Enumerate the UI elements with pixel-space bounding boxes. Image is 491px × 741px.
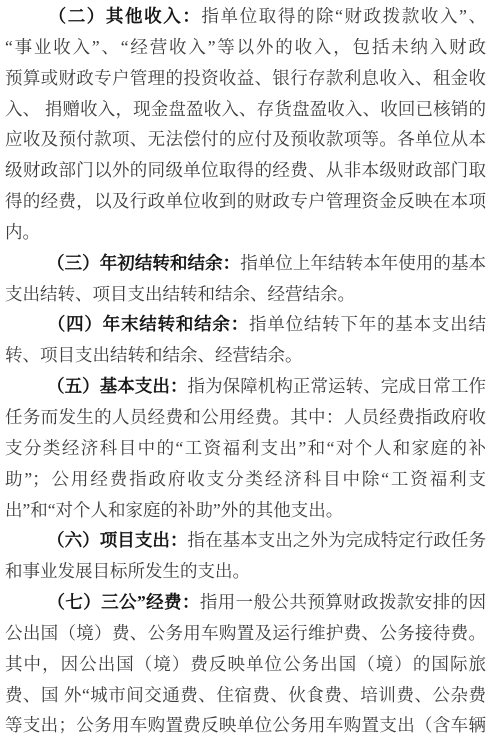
paragraph-text: 等支出；公务用车购置费反映单位公务用车购置支出（含车辆 (5, 715, 486, 735)
text-line: 等支出；公务用车购置费反映单位公务用车购置支出（含车辆 (5, 710, 486, 741)
paragraph-heading: （三）年初结转和结余： (47, 253, 240, 273)
paragraph-text: 内。 (5, 222, 40, 242)
paragraph-indent (5, 268, 47, 269)
text-line: （三）年初结转和结余：指单位上年结转本年使用的基本 (5, 248, 486, 279)
paragraph-heading: （六）项目支出： (47, 530, 188, 550)
text-line: 支分类经济科目中的“工资福利支出”和“对个人和家庭的补 (5, 433, 486, 464)
text-line: （二）其他收入：指单位取得的除“财政拨款收入”、 (5, 1, 486, 32)
paragraph-text: 级财政部门以外的同级单位取得的经费、从非本级财政部门取 (5, 160, 486, 180)
text-line: （四）年末结转和结余：指单位结转下年的基本支出结 (5, 309, 486, 340)
paragraph-heading: （五）基本支出： (47, 376, 188, 396)
paragraph-text: 公出国（境）费、公务用车购置及运行维护费、公务接待费。 (5, 623, 486, 643)
paragraph-text: 支出结转、项目支出结转和结余、经营结余。 (5, 284, 355, 304)
paragraph-indent (5, 329, 47, 330)
text-line: 出”和“对个人和家庭的补助”外的其他支出。 (5, 495, 486, 526)
paragraph-text: 指用一般公共预算财政拨款安排的因 (200, 592, 486, 612)
paragraph-text: 助”；公用经费指政府收支分类经济科目中除“工资福利支 (5, 469, 486, 489)
paragraph-text: 出”和“对个人和家庭的补助”外的其他支出。 (5, 500, 343, 520)
text-line: 级财政部门以外的同级单位取得的经费、从非本级财政部门取 (5, 155, 486, 186)
paragraph-heading: （二）其他收入： (47, 6, 201, 26)
paragraph-text: 指单位上年结转本年使用的基本 (240, 253, 486, 273)
text-line: （五）基本支出：指为保障机构正常运转、完成日常工作 (5, 371, 486, 402)
paragraph-heading: （四）年末结转和结余： (47, 314, 249, 334)
text-line: 内。 (5, 217, 486, 248)
text-line: 转、项目支出结转和结余、经营结余。 (5, 340, 486, 371)
text-line: （六）项目支出：指在基本支出之外为完成特定行政任务 (5, 525, 486, 556)
paragraph-text: 入、 捐赠收入，现金盘盈收入、存货盘盈收入、收回已核销的 (5, 99, 486, 119)
text-line: 入、 捐赠收入，现金盘盈收入、存货盘盈收入、收回已核销的 (5, 94, 486, 125)
text-line: 应收及预付款项、无法偿付的应付及预收款项等。各单位从本 (5, 124, 486, 155)
paragraph-text: 指在基本支出之外为完成特定行政任务 (188, 530, 486, 550)
paragraph-text: 预算或财政专户管理的投资收益、银行存款利息收入、租金收 (5, 68, 486, 88)
text-line: 得的经费，以及行政单位收到的财政专户管理资金反映在本项 (5, 186, 486, 217)
text-line: 支出结转、项目支出结转和结余、经营结余。 (5, 279, 486, 310)
paragraph-text: 和事业发展目标所发生的支出。 (5, 561, 250, 581)
paragraph-text: 应收及预付款项、无法偿付的应付及预收款项等。各单位从本 (5, 129, 486, 149)
paragraph-text: 指单位结转下年的基本支出结 (249, 314, 486, 334)
text-line: 任务而发生的人员经费和公用经费。其中：人员经费指政府收 (5, 402, 486, 433)
paragraph-text: 指为保障机构正常运转、完成日常工作 (188, 376, 486, 396)
paragraph-heading: （七）三公”经费： (47, 592, 200, 612)
document-page: （二）其他收入：指单位取得的除“财政拨款收入”、“事业收入”、“经营收入”等以外… (0, 0, 491, 741)
text-line: 助”；公用经费指政府收支分类经济科目中除“工资福利支 (5, 464, 486, 495)
text-line: 公出国（境）费、公务用车购置及运行维护费、公务接待费。 (5, 618, 486, 649)
paragraph-text: “事业收入”、“经营收入”等以外的收入，包括未纳入财政 (5, 37, 486, 57)
text-line: 预算或财政专户管理的投资收益、银行存款利息收入、租金收 (5, 63, 486, 94)
paragraph-text: 转、项目支出结转和结余、经营结余。 (5, 345, 303, 365)
paragraph-text: 其中，因公出国（境）费反映单位公务出国（境）的国际旅 (5, 654, 486, 674)
text-line: 其中，因公出国（境）费反映单位公务出国（境）的国际旅 (5, 649, 486, 680)
text-line: （七）三公”经费：指用一般公共预算财政拨款安排的因 (5, 587, 486, 618)
paragraph-text: 费、国 外“城市间交通费、住宿费、伙食费、培训费、公杂费 (5, 685, 486, 705)
text-line: 费、国 外“城市间交通费、住宿费、伙食费、培训费、公杂费 (5, 680, 486, 711)
paragraph-indent (5, 607, 47, 608)
paragraph-indent (5, 21, 47, 22)
text-line: “事业收入”、“经营收入”等以外的收入，包括未纳入财政 (5, 32, 486, 63)
paragraph-text: 指单位取得的除“财政拨款收入”、 (201, 6, 486, 26)
paragraph-text: 得的经费，以及行政单位收到的财政专户管理资金反映在本项 (5, 191, 486, 211)
paragraph-indent (5, 545, 47, 546)
paragraph-indent (5, 391, 47, 392)
paragraph-text: 支分类经济科目中的“工资福利支出”和“对个人和家庭的补 (5, 438, 486, 458)
paragraph-text: 任务而发生的人员经费和公用经费。其中：人员经费指政府收 (5, 407, 486, 427)
text-line: 和事业发展目标所发生的支出。 (5, 556, 486, 587)
